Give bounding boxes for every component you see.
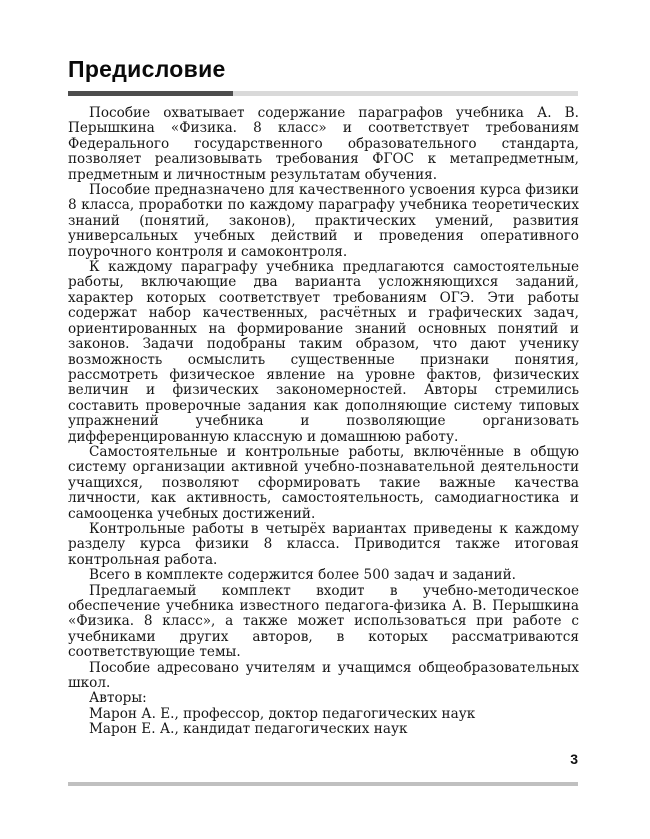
paragraph-2: Пособие предназначено для качественного …: [68, 183, 579, 260]
footer-rule: [68, 782, 578, 786]
paragraph-6: Всего в комплекте содержится более 500 з…: [68, 568, 579, 583]
title-rule: [68, 91, 578, 96]
title-rule-light-segment: [233, 91, 578, 96]
page-number: 3: [570, 751, 578, 767]
paragraph-4: Самостоятельные и контрольные работы, вк…: [68, 445, 579, 522]
book-page: Предисловие Пособие охватывает содержани…: [0, 0, 650, 839]
author-line-1: Марон А. Е., профессор, доктор педагогич…: [68, 707, 579, 722]
authors-label: Авторы:: [68, 691, 579, 706]
paragraph-5: Контрольные работы в четырёх вариантах п…: [68, 522, 579, 568]
paragraph-7: Предлагаемый комплект входит в учебно-ме…: [68, 584, 579, 661]
title-rule-dark-segment: [68, 91, 233, 96]
paragraph-8: Пособие адресовано учителям и учащимся о…: [68, 661, 579, 692]
paragraph-3: К каждому параграфу учебника предлагаютс…: [68, 260, 579, 445]
paragraph-1: Пособие охватывает содержание параграфов…: [68, 106, 579, 183]
author-line-2: Марон Е. А., кандидат педагогических нау…: [68, 722, 579, 737]
page-title: Предисловие: [68, 56, 226, 83]
preface-body: Пособие охватывает содержание параграфов…: [68, 106, 579, 738]
